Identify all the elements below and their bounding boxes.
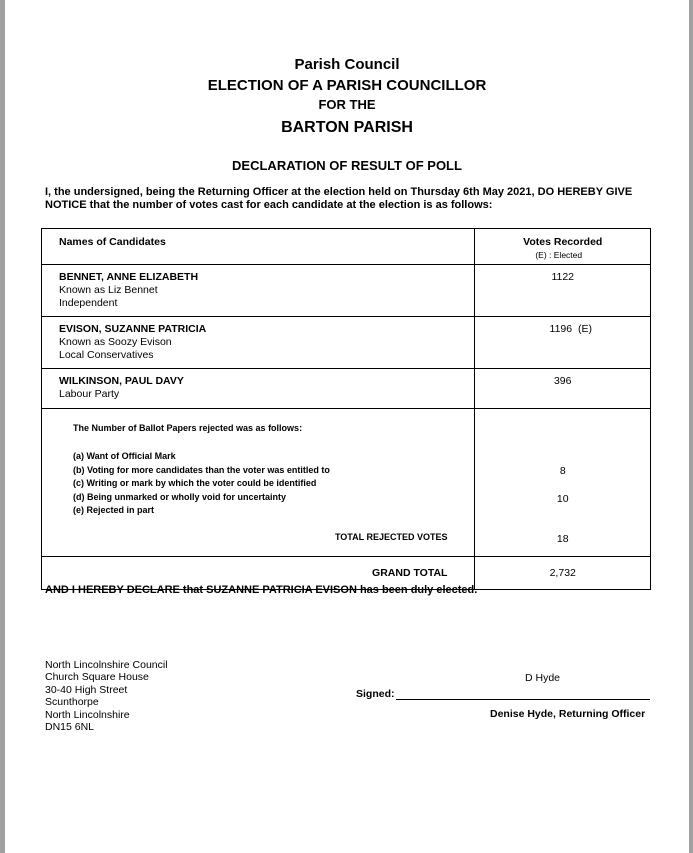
rejected-ballots-row: The Number of Ballot Papers rejected was…: [42, 409, 651, 557]
results-table: Names of Candidates Votes Recorded (E) :…: [41, 228, 651, 590]
rejected-reason: (c) Writing or mark by which the voter c…: [73, 477, 330, 491]
signature-name: D Hyde: [525, 672, 560, 684]
candidate-known-as: Known as Soozy Evison: [59, 336, 474, 349]
address-line: Scunthorpe: [45, 696, 168, 708]
address-line: North Lincolnshire Council: [45, 659, 168, 671]
table-row: BENNET, ANNE ELIZABETH Known as Liz Benn…: [42, 265, 651, 317]
total-rejected-label: TOTAL REJECTED VOTES: [335, 532, 448, 542]
candidate-name: BENNET, ANNE ELIZABETH: [59, 271, 474, 284]
signature-line: [396, 699, 650, 700]
rejected-value-b: 8: [475, 465, 650, 477]
declaration-title: DECLARATION OF RESULT OF POLL: [5, 158, 689, 173]
address-line: North Lincolnshire: [45, 709, 168, 721]
returning-officer: Denise Hyde, Returning Officer: [490, 708, 645, 720]
total-rejected-value: 18: [475, 533, 650, 545]
parish-name: BARTON PARISH: [5, 119, 689, 137]
candidate-votes: 1196 (E): [475, 317, 650, 335]
elected-legend: (E) : Elected: [475, 250, 650, 260]
rejected-reason: (b) Voting for more candidates than the …: [73, 464, 330, 478]
col-header-votes: Votes Recorded: [475, 229, 650, 248]
table-row: EVISON, SUZANNE PATRICIA Known as Soozy …: [42, 317, 651, 369]
address-line: Church Square House: [45, 671, 168, 683]
grand-total-value: 2,732: [475, 557, 650, 579]
address-line: 30-40 High Street: [45, 684, 168, 696]
table-row: WILKINSON, PAUL DAVY Labour Party 396: [42, 369, 651, 409]
candidate-votes: 1122: [475, 265, 650, 283]
candidate-party: Labour Party: [59, 388, 474, 401]
candidate-party: Local Conservatives: [59, 349, 474, 362]
candidate-name: EVISON, SUZANNE PATRICIA: [59, 323, 474, 336]
elected-declaration: AND I HEREBY DECLARE that SUZANNE PATRIC…: [45, 584, 477, 596]
rejected-reason: (a) Want of Official Mark: [73, 450, 330, 464]
candidate-name: WILKINSON, PAUL DAVY: [59, 375, 474, 388]
candidate-known-as: Known as Liz Bennet: [59, 284, 474, 297]
council-heading: Parish Council: [5, 56, 689, 73]
grand-total-label: GRAND TOTAL: [42, 557, 474, 579]
candidate-votes: 396: [475, 369, 650, 387]
candidate-party: Independent: [59, 297, 474, 310]
rejected-reason: (e) Rejected in part: [73, 504, 330, 518]
signed-label: Signed:: [356, 688, 395, 700]
for-the-label: FOR THE: [5, 97, 689, 112]
rejected-heading: The Number of Ballot Papers rejected was…: [73, 423, 302, 433]
table-header-row: Names of Candidates Votes Recorded (E) :…: [42, 229, 651, 265]
election-title: ELECTION OF A PARISH COUNCILLOR: [5, 77, 689, 94]
intro-notice: I, the undersigned, being the Returning …: [45, 186, 655, 212]
document-page: Parish Council ELECTION OF A PARISH COUN…: [5, 0, 689, 853]
rejected-value-d: 10: [475, 493, 650, 505]
col-header-names: Names of Candidates: [42, 229, 474, 248]
council-address: North Lincolnshire Council Church Square…: [45, 659, 168, 733]
rejected-reason: (d) Being unmarked or wholly void for un…: [73, 491, 330, 505]
address-line: DN15 6NL: [45, 721, 168, 733]
